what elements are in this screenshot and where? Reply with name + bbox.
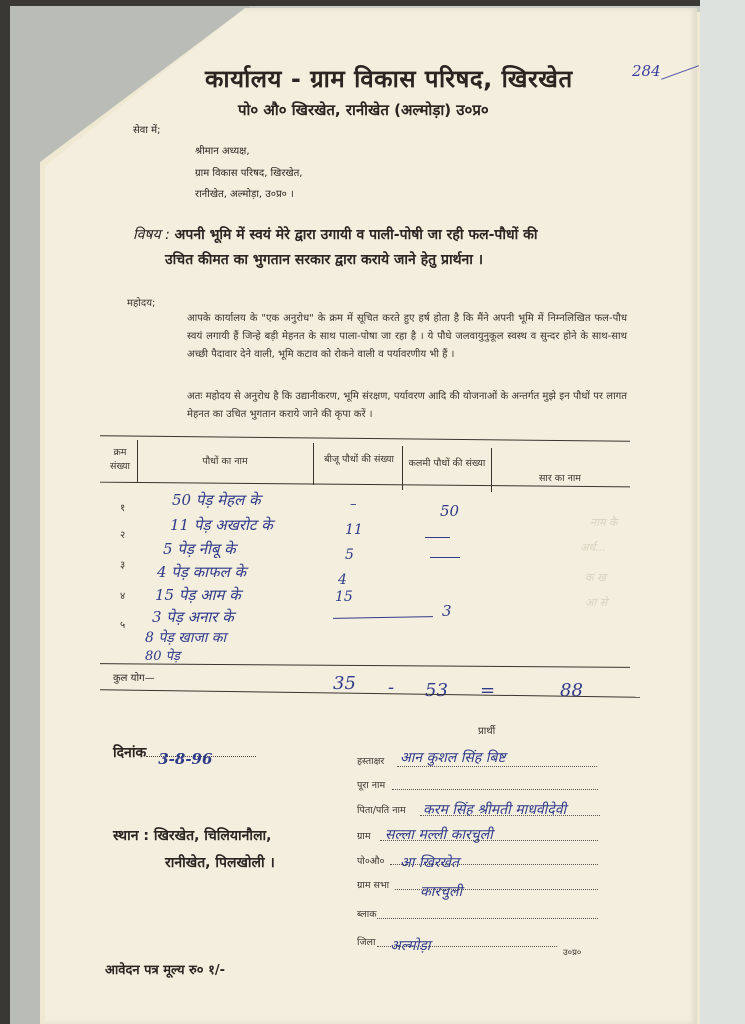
handwritten-plant-entry: 80 पेड़	[145, 646, 180, 664]
field-line-block	[377, 918, 598, 919]
row-number: ३	[120, 557, 125, 571]
header-serial: क्रम संख्या	[105, 446, 135, 474]
handwritten-seed-count: 15	[335, 589, 353, 605]
row-number: २	[120, 527, 125, 541]
recipient-line-3: रानीखेत, अल्मोड़ा, उ०प्र० ।	[195, 186, 294, 200]
body-paragraph-2: अतः महोदय से अनुरोध है कि उद्यानीकरण, भू…	[127, 388, 627, 424]
field-label-signature: हस्ताक्षर	[357, 754, 384, 767]
salutation: सेवा में;	[133, 122, 160, 136]
body-paragraph-1: आपके कार्यालय के "एक अनुरोध" के क्रम में…	[127, 310, 627, 364]
header-grafted-plants: कलमी पौधों की संख्या	[408, 457, 486, 471]
applicant-heading: प्रार्थी	[478, 723, 495, 741]
table-col-divider	[313, 443, 314, 485]
total-equals: =	[480, 680, 495, 701]
handwritten-dash	[430, 557, 460, 558]
total-label: कुल योग—	[113, 670, 155, 684]
state-suffix: उ०प्र०	[563, 947, 581, 958]
date-dotted-line: 3-8-96	[146, 756, 256, 757]
scanner-background-right	[700, 0, 745, 1024]
handwritten-page-number: 284	[632, 62, 661, 80]
table-col-divider	[491, 448, 492, 492]
handwritten-gram-sabha: कारचुली	[420, 882, 462, 901]
office-address: पो० औ० खिरखेत, रानीखेत (अल्मोड़ा) उ०प्र०	[238, 100, 489, 120]
handwritten-district: अल्मोड़ा	[390, 936, 430, 955]
handwritten-seed-count: 5	[345, 547, 354, 563]
total-dash: -	[388, 677, 394, 698]
faint-show-through-text: आ से	[585, 595, 607, 610]
subject-line-2: उचित कीमत का भुगतान सरकार द्वारा कराये ज…	[133, 248, 643, 273]
handwritten-signature: आन कुशल सिंह बिष्ट	[400, 748, 506, 767]
table-col-divider	[402, 446, 403, 490]
subject-block: विषय : अपनी भूमि में स्वयं मेरे द्वारा उ…	[133, 223, 643, 273]
handwritten-father-name: करम सिंह श्रीमती माधवीदेवी	[423, 800, 566, 819]
handwritten-date: 3-8-96	[158, 750, 212, 768]
header-seed-plants: बीजू पौधों की संख्या	[320, 453, 398, 467]
office-title: कार्यालय - ग्राम विकास परिषद, खिरखेत	[205, 62, 573, 95]
handwritten-seed-count: 4	[338, 572, 347, 588]
handwritten-grafted-count: 3	[442, 602, 452, 620]
handwritten-seed-count: –	[350, 497, 357, 512]
total-seed: 35	[333, 673, 356, 694]
handwritten-post-office: आ खिरखेत	[400, 853, 459, 872]
faint-show-through-text: क ख	[585, 570, 606, 585]
handwritten-plant-entry: 3 पेड़ अनार के	[152, 607, 234, 627]
handwritten-village: सल्ला मल्ली कारचुली	[385, 825, 493, 844]
field-label-block: ब्लाक	[357, 907, 377, 920]
recipient-line-2: ग्राम विकास परिषद, खिरखेत,	[195, 165, 302, 179]
field-label-district: जिला	[357, 935, 375, 948]
scanner-edge-left	[0, 0, 10, 1024]
subject-label: विषय :	[133, 227, 170, 243]
row-number: ४	[120, 588, 125, 602]
handwritten-plant-entry: 5 पेड़ नीबू के	[163, 539, 236, 559]
field-label-gram-sabha: ग्राम सभा	[357, 878, 389, 891]
field-label-full-name: पूरा नाम	[357, 778, 385, 791]
header-manure-name: सार का नाम	[500, 472, 620, 486]
form-price: आवेदन पत्र मूल्य रु० १/-	[105, 960, 225, 978]
date-field: दिनांक3-8-96	[113, 743, 256, 762]
faint-show-through-text: अर्थ...	[580, 540, 606, 555]
row-number: ५	[120, 617, 125, 631]
handwritten-seed-count: 11	[345, 522, 363, 538]
faint-show-through-text: नाम कै	[590, 515, 617, 530]
total-sum: 88	[560, 680, 583, 701]
field-label-village: ग्राम	[357, 829, 371, 842]
place-label: स्थान :	[113, 828, 149, 844]
place-line-2: रानीखेत, पिलखोली ।	[113, 850, 275, 877]
row-number: १	[120, 500, 125, 514]
field-label-father-name: पिता/पति नाम	[357, 803, 406, 816]
total-grafted: 53	[425, 680, 448, 701]
field-label-post-office: पो०औ०	[357, 854, 384, 867]
header-plant-name: पौधों का नाम	[145, 455, 305, 469]
handwritten-plant-entry: 8 पेड़ खाजा का	[145, 628, 226, 647]
handwritten-plant-entry: 11 पेड़ अखरोट के	[170, 515, 273, 535]
subject-line-1: अपनी भूमि में स्वयं मेरे द्वारा उगायी व …	[175, 227, 538, 243]
handwritten-plant-entry: 50 पेड़ मेहल के	[172, 490, 261, 510]
date-label: दिनांक	[113, 745, 146, 761]
handwritten-grafted-count: 50	[440, 502, 459, 520]
table-col-divider	[137, 440, 138, 482]
place-block: स्थान : खिरखेत, चिलियानौला, रानीखेत, पिल…	[113, 823, 275, 877]
handwritten-plant-entry: 4 पेड़ काफल के	[157, 562, 246, 582]
field-line-full-name	[392, 789, 598, 790]
handwritten-dash	[425, 537, 450, 538]
place-line-1: खिरखेत, चिलियानौला,	[154, 828, 272, 844]
recipient-line-1: श्रीमान अध्यक्ष,	[195, 143, 250, 157]
handwritten-plant-entry: 15 पेड़ आम के	[155, 585, 241, 605]
